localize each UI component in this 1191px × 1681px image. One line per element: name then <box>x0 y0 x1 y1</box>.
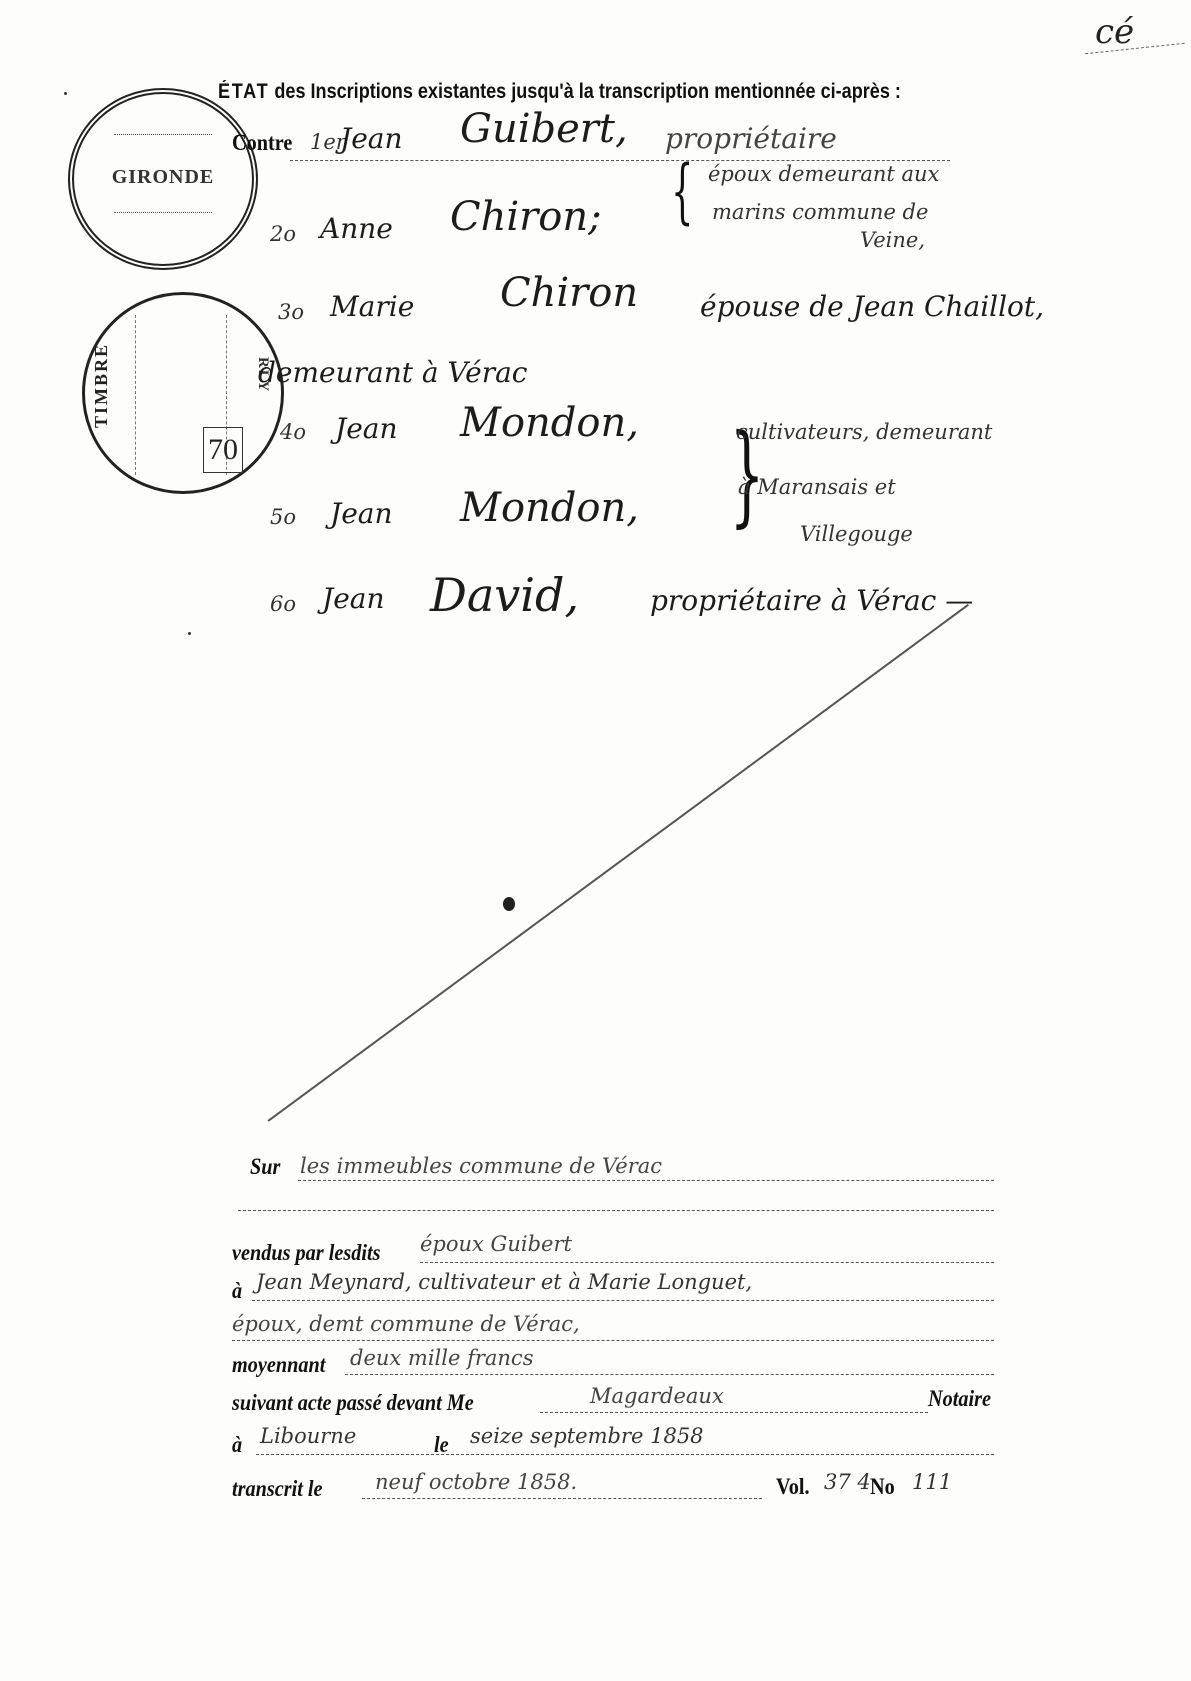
a-value: Jean Meynard, cultivateur et à Marie Lon… <box>256 1270 752 1294</box>
vol-value: 37 4 <box>824 1470 871 1494</box>
sur-value: les immeubles commune de Vérac <box>300 1154 662 1178</box>
speck <box>64 92 67 95</box>
timbre-value: 70 <box>203 427 243 473</box>
party-4-first: Jean <box>335 412 398 445</box>
party-5-num: 5o <box>270 505 296 529</box>
fill-line <box>345 1374 994 1375</box>
fill-line <box>290 160 950 161</box>
corner-annotation: cé <box>1095 12 1134 52</box>
brace-2-line-1: cultivateurs, demeurant <box>736 420 992 444</box>
lieu-label: à <box>232 1432 242 1458</box>
brace-1-line-2: marins commune de <box>712 200 928 224</box>
brace-2-line-2: à Maransais et <box>738 475 896 499</box>
timbre-stamp: TIMBRE RLY 70 <box>82 292 284 494</box>
party-2-last: Chiron; <box>450 194 602 240</box>
party-6-num: 6o <box>270 592 296 616</box>
sur-label: Sur <box>250 1154 280 1180</box>
notaire-label: Notaire <box>928 1386 991 1412</box>
party-6-first: Jean <box>322 582 385 615</box>
moyennant-value: deux mille francs <box>350 1346 533 1370</box>
no-value: 111 <box>912 1470 952 1494</box>
lieu-value: Libourne <box>260 1424 356 1448</box>
party-4-last: Mondon, <box>460 400 639 446</box>
fill-line <box>420 1262 994 1263</box>
gironde-stamp: GIRONDE <box>68 88 258 270</box>
notaire-name: Magardeaux <box>590 1384 724 1408</box>
fill-line <box>238 1210 994 1211</box>
a-value-2: époux, demt commune de Vérac, <box>232 1312 580 1336</box>
no-label: No <box>870 1474 895 1500</box>
vendus-label: vendus par lesdits <box>232 1240 380 1266</box>
fill-line <box>232 1340 994 1341</box>
stamp-ornament <box>114 212 212 227</box>
date-value: seize septembre 1858 <box>470 1424 704 1448</box>
party-6-last: David, <box>430 568 579 622</box>
header-etat: ÉTAT <box>218 80 269 103</box>
party-4-num: 4o <box>280 420 306 444</box>
cancellation-line <box>268 604 969 1121</box>
speck <box>188 632 191 635</box>
party-3-first: Marie <box>330 290 414 323</box>
contre-label: Contre <box>232 130 292 156</box>
party-5-last: Mondon, <box>460 485 639 531</box>
fill-line <box>540 1412 928 1413</box>
transcrit-value: neuf octobre 1858. <box>375 1470 577 1494</box>
document-header: ÉTAT des Inscriptions existantes jusqu'à… <box>218 80 901 104</box>
a-label: à <box>232 1278 242 1304</box>
vendus-value: époux Guibert <box>420 1232 572 1256</box>
fill-line <box>362 1498 762 1499</box>
fill-line <box>252 1300 994 1301</box>
fill-line <box>256 1454 994 1455</box>
brace-1-line-1: époux demeurant aux <box>708 162 939 186</box>
party-3-note: épouse de Jean Chaillot, <box>700 290 1044 323</box>
brace: { <box>671 150 693 232</box>
vol-label: Vol. <box>776 1474 810 1500</box>
header-text: des Inscriptions existantes jusqu'à la t… <box>269 80 901 103</box>
party-1-first: Jean <box>340 122 403 155</box>
party-3-last: Chiron <box>500 270 638 316</box>
stamp-center-text: GIRONDE <box>74 166 252 189</box>
brace-2-line-3: Villegouge <box>800 522 913 546</box>
party-3-num: 3o <box>278 300 304 324</box>
party-5-first: Jean <box>330 497 393 530</box>
party-3-residence: demeurant à Vérac <box>258 356 528 389</box>
stamp-ornament <box>114 134 212 149</box>
moyennant-label: moyennant <box>232 1352 325 1378</box>
party-6-note: propriétaire à Vérac — <box>650 584 973 617</box>
party-1-last: Guibert, <box>460 106 628 152</box>
document-page: cé ÉTAT des Inscriptions existantes jusq… <box>0 0 1191 1681</box>
timbre-label: TIMBRE <box>91 343 112 428</box>
fill-line <box>298 1180 994 1181</box>
party-2-num: 2o <box>270 222 296 246</box>
brace-1-line-3: Veine, <box>860 228 925 252</box>
party-2-first: Anne <box>320 212 393 245</box>
transcrit-label: transcrit le <box>232 1476 323 1502</box>
acte-label: suivant acte passé devant Me <box>232 1390 474 1416</box>
ink-blot <box>503 897 515 911</box>
